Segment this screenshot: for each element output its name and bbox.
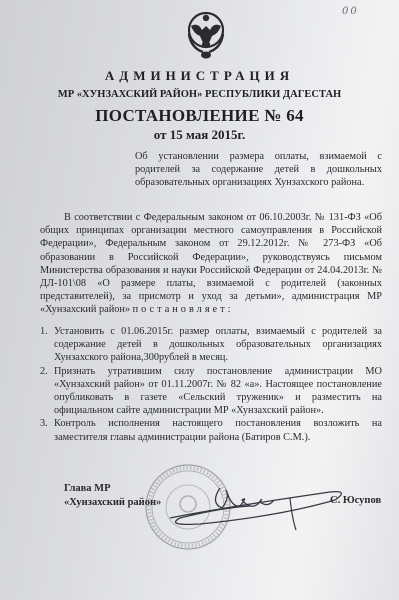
header-administration: АДМИНИСТРАЦИЯ xyxy=(0,68,399,84)
item-number: 2. xyxy=(40,365,54,418)
signatory-title: Глава МР «Хунзахский район» xyxy=(64,482,161,509)
document-subject: Об установлении размера оплаты, взимаемо… xyxy=(135,150,382,190)
item-number: 3. xyxy=(40,417,54,443)
signatory-title-line1: Глава МР xyxy=(64,482,161,496)
item-text: Установить с 01.06.2015г. размер оплаты,… xyxy=(54,325,382,365)
signatory-title-line2: «Хунзахский район» xyxy=(64,496,161,510)
preamble-text: В соответствии с Федеральным законом от … xyxy=(40,212,382,315)
item-number: 1. xyxy=(40,325,54,365)
document-date: от 15 мая 2015г. xyxy=(0,127,399,143)
preamble: В соответствии с Федеральным законом от … xyxy=(40,211,382,317)
handwritten-note: 00 xyxy=(342,6,359,17)
resolution-item: 3. Контроль исполнения настоящего постан… xyxy=(40,417,382,443)
signatory-name: С. Юсупов xyxy=(330,495,381,506)
item-text: Контроль исполнения настоящего постановл… xyxy=(54,417,382,443)
resolution-item: 2. Признать утратившим силу постановлени… xyxy=(40,365,382,418)
resolution-items: 1. Установить с 01.06.2015г. размер опла… xyxy=(40,325,382,444)
resolution-item: 1. Установить с 01.06.2015г. размер опла… xyxy=(40,325,382,365)
item-text: Признать утратившим силу постановление а… xyxy=(54,365,382,418)
handwritten-signature-icon xyxy=(160,478,350,538)
dagestan-coat-of-arms-icon xyxy=(185,10,227,60)
document-title: ПОСТАНОВЛЕНИЕ № 64 xyxy=(0,106,399,126)
document-page: 00 АДМИНИСТРАЦИЯ МР «ХУНЗАХСКИЙ РАЙОН» Р… xyxy=(0,0,399,600)
resolves-text: постановляет: xyxy=(133,304,234,315)
header-district: МР «ХУНЗАХСКИЙ РАЙОН» РЕСПУБЛИКИ ДАГЕСТА… xyxy=(0,89,399,100)
